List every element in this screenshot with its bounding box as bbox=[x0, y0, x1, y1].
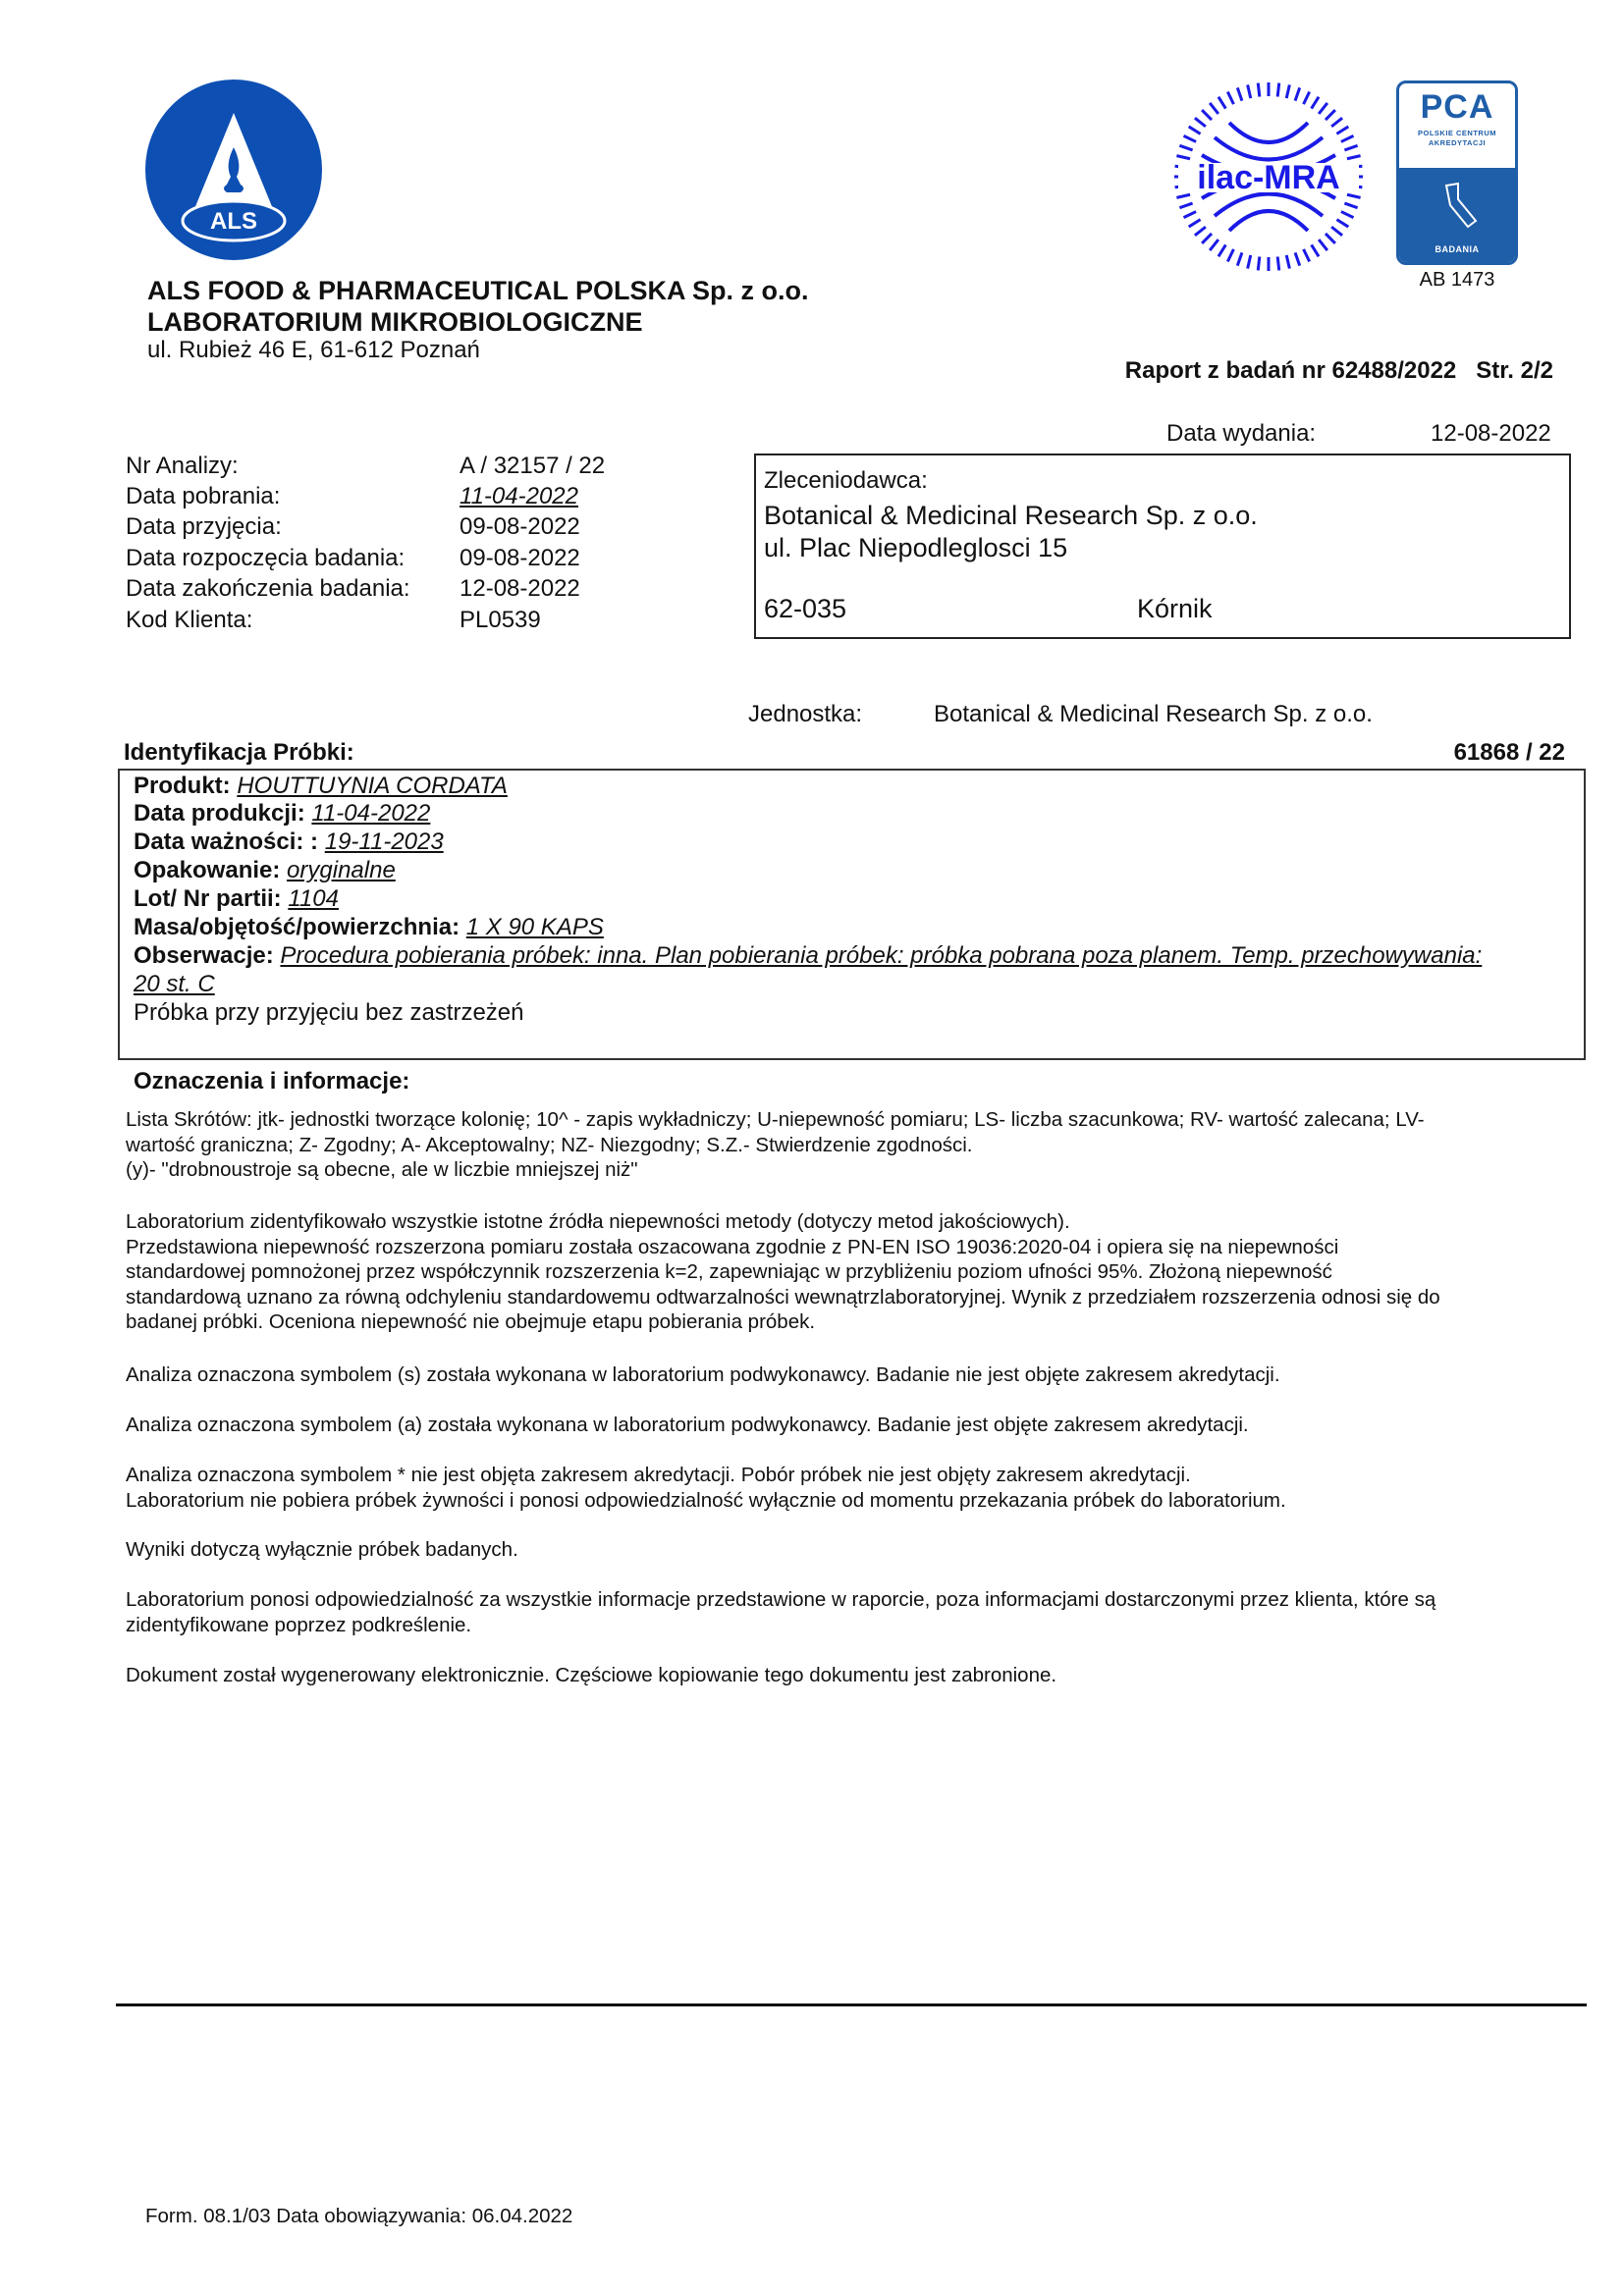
field-label: Lot/ Nr partii: bbox=[134, 885, 282, 912]
pca-line2: AKREDYTACJI bbox=[1399, 138, 1515, 148]
field-value: oryginalne bbox=[287, 857, 396, 883]
info-value: 11-04-2022 bbox=[460, 483, 578, 510]
client-city: Kórnik bbox=[1137, 594, 1213, 624]
info-label: Nr Analizy: bbox=[126, 453, 239, 480]
field-label: Produkt: bbox=[134, 773, 231, 799]
info-line: Lista Skrótów: jtk- jednostki tworzące k… bbox=[126, 1107, 1569, 1133]
info-line: wartość graniczna; Z- Zgodny; A- Akcepto… bbox=[126, 1133, 1569, 1158]
unit-label: Jednostka: bbox=[748, 701, 862, 728]
info-label: Data przyjęcia: bbox=[126, 513, 282, 541]
issue-date-value: 12-08-2022 bbox=[1431, 420, 1551, 448]
pca-code: AB 1473 bbox=[1396, 269, 1518, 292]
field-label: Masa/objętość/powierzchnia: bbox=[134, 914, 460, 940]
observation-continued: 20 st. C bbox=[134, 971, 215, 998]
info-section-title: Oznaczenia i informacje: bbox=[134, 1068, 409, 1095]
bottom-divider bbox=[116, 2003, 1587, 2006]
info-paragraph: Wyniki dotyczą wyłącznie próbek badanych… bbox=[126, 1537, 1569, 1563]
info-value: PL0539 bbox=[460, 607, 541, 634]
unit-value: Botanical & Medicinal Research Sp. z o.o… bbox=[934, 701, 1373, 728]
info-value: 09-08-2022 bbox=[460, 513, 580, 541]
field-label: Opakowanie: bbox=[134, 857, 280, 883]
field-value: 11-04-2022 bbox=[311, 800, 430, 827]
info-line: (y)- "drobnoustroje są obecne, ale w lic… bbox=[126, 1157, 1569, 1183]
sample-note: Próbka przy przyjęciu bez zastrzeżeń bbox=[134, 999, 524, 1027]
pca-accreditation-logo: PCA POLSKIE CENTRUM AKREDYTACJI BADANIA bbox=[1396, 80, 1518, 265]
info-paragraph: Laboratorium zidentyfikowało wszystkie i… bbox=[126, 1209, 1569, 1335]
info-paragraph: Dokument został wygenerowany elektronicz… bbox=[126, 1663, 1569, 1688]
pca-badge: BADANIA bbox=[1399, 244, 1515, 254]
client-name: Botanical & Medicinal Research Sp. z o.o… bbox=[764, 501, 1258, 531]
info-line: Wyniki dotyczą wyłącznie próbek badanych… bbox=[126, 1537, 1569, 1563]
info-line: Analiza oznaczona symbolem * nie jest ob… bbox=[126, 1463, 1569, 1488]
ilac-mra-logo: ilac-MRA bbox=[1170, 79, 1367, 275]
info-line: Analiza oznaczona symbolem (s) została w… bbox=[126, 1362, 1569, 1388]
company-name-line: ALS FOOD & PHARMACEUTICAL POLSKA Sp. z o… bbox=[147, 275, 809, 306]
field-label: Data produkcji: bbox=[134, 800, 305, 827]
sample-box: Produkt: HOUTTUYNIA CORDATA Data produkc… bbox=[118, 769, 1586, 1060]
info-paragraph: Analiza oznaczona symbolem * nie jest ob… bbox=[126, 1463, 1569, 1513]
client-label: Zleceniodawca: bbox=[764, 467, 928, 495]
als-logo: ALS bbox=[142, 79, 325, 261]
info-label: Data zakończenia badania: bbox=[126, 575, 410, 603]
info-line: Laboratorium ponosi odpowiedzialność za … bbox=[126, 1587, 1569, 1613]
info-value: 12-08-2022 bbox=[460, 575, 580, 603]
info-line: standardowej pomnożonej przez współczynn… bbox=[126, 1259, 1569, 1285]
info-line: Laboratorium zidentyfikowało wszystkie i… bbox=[126, 1209, 1569, 1235]
info-line: Przedstawiona niepewność rozszerzona pom… bbox=[126, 1235, 1569, 1260]
info-paragraph: Lista Skrótów: jtk- jednostki tworzące k… bbox=[126, 1107, 1569, 1183]
lab-name: LABORATORIUM MIKROBIOLOGICZNE bbox=[147, 306, 809, 338]
flask-icon bbox=[1438, 182, 1482, 231]
info-line: Dokument został wygenerowany elektronicz… bbox=[126, 1663, 1569, 1688]
info-label: Data pobrania: bbox=[126, 483, 280, 510]
client-street: ul. Plac Niepodleglosci 15 bbox=[764, 533, 1067, 563]
info-label: Kod Klienta: bbox=[126, 607, 252, 634]
info-value: A / 32157 / 22 bbox=[460, 453, 605, 480]
info-value: 09-08-2022 bbox=[460, 545, 580, 572]
client-box: Zleceniodawca: Botanical & Medicinal Res… bbox=[754, 454, 1571, 639]
info-line: Laboratorium nie pobiera próbek żywności… bbox=[126, 1488, 1569, 1514]
svg-text:ALS: ALS bbox=[210, 208, 257, 235]
svg-text:ilac-MRA: ilac-MRA bbox=[1197, 159, 1339, 196]
sample-identification-title: Identyfikacja Próbki: bbox=[124, 739, 354, 767]
info-line: badanej próbki. Oceniona niepewność nie … bbox=[126, 1309, 1569, 1335]
info-paragraph: Laboratorium ponosi odpowiedzialność za … bbox=[126, 1587, 1569, 1637]
form-footer: Form. 08.1/03 Data obowiązywania: 06.04.… bbox=[145, 2205, 572, 2228]
info-line: zidentyfikowane poprzez podkreślenie. bbox=[126, 1613, 1569, 1638]
field-value: 19-11-2023 bbox=[325, 828, 444, 855]
company-address: ul. Rubież 46 E, 61-612 Poznań bbox=[147, 337, 480, 364]
field-value: 1104 bbox=[288, 885, 339, 912]
field-value: Procedura pobierania próbek: inna. Plan … bbox=[280, 942, 1482, 969]
pca-letters: PCA bbox=[1399, 83, 1515, 125]
sample-number: 61868 / 22 bbox=[1454, 739, 1565, 767]
field-value: HOUTTUYNIA CORDATA bbox=[237, 773, 508, 799]
company-name: ALS FOOD & PHARMACEUTICAL POLSKA Sp. z o… bbox=[147, 275, 809, 338]
field-label: Obserwacje: bbox=[134, 942, 274, 969]
info-line: Analiza oznaczona symbolem (a) została w… bbox=[126, 1413, 1569, 1438]
field-value: 1 X 90 KAPS bbox=[466, 914, 604, 940]
info-paragraph: Analiza oznaczona symbolem (s) została w… bbox=[126, 1362, 1569, 1388]
field-label: Data ważności: : bbox=[134, 828, 318, 855]
pca-line1: POLSKIE CENTRUM bbox=[1399, 129, 1515, 138]
report-number: Raport z badań nr 62488/2022 Str. 2/2 bbox=[1125, 357, 1553, 385]
client-postal-code: 62-035 bbox=[764, 594, 846, 624]
issue-date-label: Data wydania: bbox=[1166, 420, 1316, 448]
info-label: Data rozpoczęcia badania: bbox=[126, 545, 405, 572]
info-paragraph: Analiza oznaczona symbolem (a) została w… bbox=[126, 1413, 1569, 1438]
info-line: standardową uznano za równą odchyleniu s… bbox=[126, 1285, 1569, 1310]
